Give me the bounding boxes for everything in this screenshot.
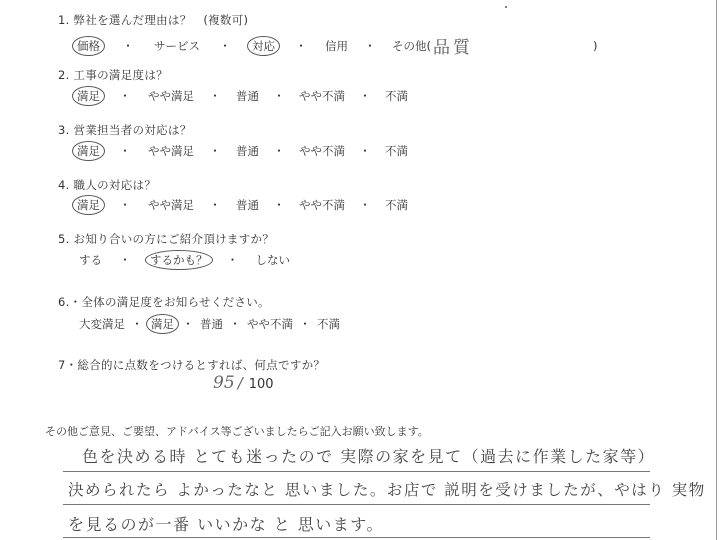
question-5-label: 5. お知り合いの方にご紹介頂けますか？ (58, 231, 274, 247)
q3-option-somewhat-dissatisfied[interactable]: やや不満 (296, 143, 348, 159)
separator: ・ (351, 38, 389, 54)
q1-other-handwritten[interactable]: 品質 (433, 33, 473, 58)
separator: ・ (105, 88, 145, 104)
q3-option-dissatisfied[interactable]: 不満 (382, 143, 411, 159)
question-6-label: 6.・全体の満足度をお知らせください。 (58, 294, 270, 310)
score-field: 95 / 100 (213, 373, 274, 393)
scan-speck (505, 6, 507, 8)
ruled-line-3 (63, 537, 650, 538)
q4-option-somewhat-dissatisfied[interactable]: やや不満 (296, 197, 348, 213)
question-4-options: 満足 ・ やや満足 ・ 普通 ・ やや不満 ・ 不満 (72, 195, 411, 215)
comment-line-2[interactable]: 決められたら よかったなと 思いました。お店で 説明を受けましたが、やはり 実物 (68, 478, 706, 500)
q1-option-trust[interactable]: 信用 (322, 38, 351, 54)
question-5-options: する ・ するかも？ ・ しない (76, 250, 293, 270)
separator: ・ (105, 143, 145, 159)
question-7-label: 7・総合的に点数をつけるとすれば、何点ですか？ (58, 357, 325, 373)
q5-option-maybe[interactable]: するかも？ (145, 250, 213, 270)
page-edge-line (716, 0, 717, 540)
q6-option-dissatisfied[interactable]: 不満 (314, 316, 343, 332)
q3-option-satisfied[interactable]: 満足 (72, 141, 105, 161)
separator: ・ (197, 88, 233, 104)
q6-option-satisfied[interactable]: 満足 (146, 314, 179, 334)
separator: ・ (262, 197, 296, 213)
q6-option-very-satisfied[interactable]: 大変満足 (76, 316, 128, 332)
separator: ・ (197, 197, 233, 213)
separator: ・ (226, 316, 244, 332)
comment-line-1[interactable]: 色を決める時 とても迷ったので 実際の家を見て（過去に作業した家等） (82, 444, 655, 467)
question-1-label: 1. 弊社を選んだ理由は？ (複数可) (58, 12, 248, 28)
separator: ・ (105, 252, 145, 268)
separator: ・ (348, 143, 382, 159)
question-2-label: 2. 工事の満足度は？ (58, 67, 168, 83)
q5-option-yes[interactable]: する (76, 252, 105, 268)
question-1-options: 価格 ・ サービス ・ 対応 ・ 信用 ・ その他( 品質 ) (72, 33, 598, 58)
question-3-label: 3. 営業担当者の対応は？ (58, 122, 192, 138)
q1-option-response[interactable]: 対応 (247, 36, 280, 56)
separator: ・ (348, 197, 382, 213)
q1-option-price[interactable]: 価格 (72, 36, 105, 56)
q2-option-average[interactable]: 普通 (233, 88, 262, 104)
q2-option-somewhat-dissatisfied[interactable]: やや不満 (296, 88, 348, 104)
question-2-options: 満足 ・ やや満足 ・ 普通 ・ やや不満 ・ 不満 (72, 86, 411, 106)
question-4-label: 4. 職人の対応は？ (58, 177, 156, 193)
q4-option-satisfied[interactable]: 満足 (72, 195, 105, 215)
q4-option-average[interactable]: 普通 (233, 197, 262, 213)
ruled-line-2 (63, 504, 650, 505)
score-max: 100 (249, 377, 274, 392)
q4-option-somewhat-satisfied[interactable]: やや満足 (145, 197, 197, 213)
separator: ・ (105, 38, 151, 54)
comment-line-3[interactable]: を見るのが一番 いいかな と 思います。 (68, 512, 384, 535)
q5-option-no[interactable]: しない (253, 252, 294, 268)
separator: ・ (203, 38, 247, 54)
separator: ・ (128, 316, 146, 332)
ruled-line-1 (63, 471, 650, 472)
q1-option-service[interactable]: サービス (151, 38, 203, 54)
question-6-options: 大変満足 ・ 満足 ・ 普通 ・ やや不満 ・ 不満 (76, 314, 343, 334)
q2-option-satisfied[interactable]: 満足 (72, 86, 105, 106)
separator: ・ (280, 38, 322, 54)
separator: ・ (262, 143, 296, 159)
separator: ・ (348, 88, 382, 104)
comments-label: その他ご意見、ご要望、アドバイス等ございましたらご記入お願い致します。 (45, 423, 429, 439)
separator: ・ (213, 252, 253, 268)
q3-option-average[interactable]: 普通 (233, 143, 262, 159)
separator: ・ (179, 316, 197, 332)
separator: ・ (197, 143, 233, 159)
separator: ・ (262, 88, 296, 104)
q1-option-other[interactable]: その他( (389, 38, 431, 54)
q6-option-average[interactable]: 普通 (197, 316, 226, 332)
separator: ・ (105, 197, 145, 213)
q4-option-dissatisfied[interactable]: 不満 (382, 197, 411, 213)
separator: ・ (296, 316, 314, 332)
score-value-handwritten[interactable]: 95 (213, 373, 235, 393)
q6-option-somewhat-dissatisfied[interactable]: やや不満 (244, 316, 296, 332)
question-3-options: 満足 ・ やや満足 ・ 普通 ・ やや不満 ・ 不満 (72, 141, 411, 161)
q2-option-dissatisfied[interactable]: 不満 (382, 88, 411, 104)
q3-option-somewhat-satisfied[interactable]: やや満足 (145, 143, 197, 159)
score-slash: / (238, 374, 243, 392)
q2-option-somewhat-satisfied[interactable]: やや満足 (145, 88, 197, 104)
q1-other-close-paren: ) (593, 39, 598, 53)
